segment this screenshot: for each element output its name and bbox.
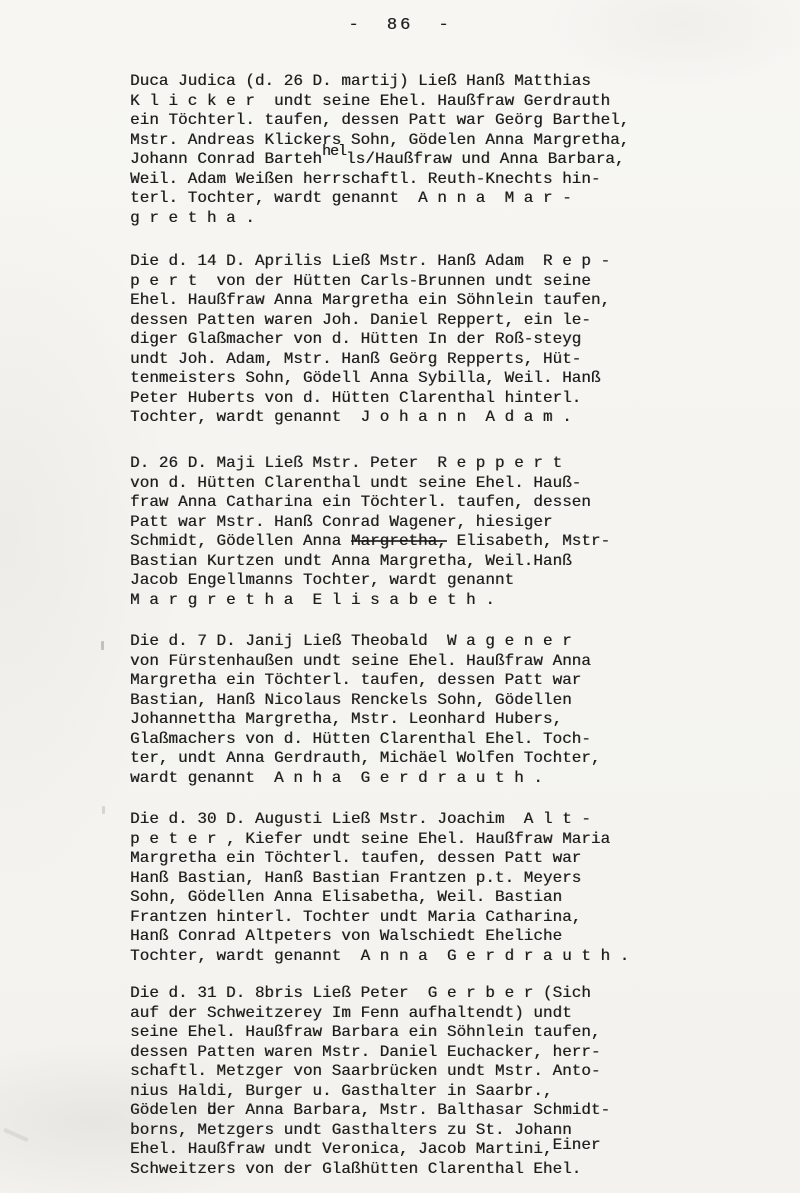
text-line: Die d. 30 D. Augusti Ließ Mstr. Joachim … <box>130 810 770 830</box>
text-line: K l i c k e r undt seine Ehel. Haußfraw … <box>130 92 770 112</box>
text-line: schaftl. Metzger von Saarbrücken undt Ms… <box>130 1062 770 1082</box>
scan-artifact <box>102 806 105 814</box>
text-line: Ehel. Haußfraw Anna Margretha ein Söhnle… <box>130 291 770 311</box>
text-line: Peter Huberts von d. Hütten Clarenthal h… <box>130 389 770 409</box>
text-line: Ehel. Haußfraw undt Veronica, Jacob Mart… <box>130 1140 770 1160</box>
text-line: D. 26 D. Maji Ließ Mstr. Peter R e p p e… <box>130 454 770 474</box>
text-line: fraw Anna Catharina ein Töchterl. taufen… <box>130 493 770 513</box>
paragraph-5: Die d. 30 D. Augusti Ließ Mstr. Joachim … <box>130 810 770 966</box>
inserted-superscript-text: hel <box>322 143 346 160</box>
text-line: dessen Patten waren Joh. Daniel Reppert,… <box>130 311 770 331</box>
page-number: - 86 - <box>0 16 800 35</box>
inserted-superscript-text: Einer <box>552 1136 600 1154</box>
struck-out-text: Margretha, <box>351 532 447 550</box>
paragraph-4: Die d. 7 D. Janij Ließ Theobald W a g e … <box>130 632 770 788</box>
text-line: Gödelen dber Anna Barbara, Mstr. Balthas… <box>130 1101 770 1121</box>
text-line: ein Töchterl. taufen, dessen Patt war Ge… <box>130 111 770 131</box>
text-line: Die d. 7 D. Janij Ließ Theobald W a g e … <box>130 632 770 652</box>
text-line: Weil. Adam Weißen herrschaftl. Reuth-Kne… <box>130 170 770 190</box>
text-line: Hanß Bastian, Hanß Bastian Frantzen p.t.… <box>130 869 770 889</box>
scanned-page: - 86 - Duca Judica (d. 26 D. martij) Lie… <box>0 0 800 1193</box>
text-line: Tochter, wardt genannt J o h a n n A d a… <box>130 408 770 428</box>
text-line: Johannettha Margretha, Mstr. Leonhard Hu… <box>130 710 770 730</box>
text-line: seine Ehel. Haußfraw Barbara ein Söhnlei… <box>130 1023 770 1043</box>
paragraph-2: Die d. 14 D. Aprilis Ließ Mstr. Hanß Ada… <box>130 252 770 428</box>
text-line: Schmidt, Gödellen Anna Margretha, Elisab… <box>130 532 770 552</box>
text-line: M a r g r e t h a E l i s a b e t h . <box>130 591 770 611</box>
text-line: p e r t von der Hütten Carls-Brunnen und… <box>130 272 770 292</box>
text-line: tenmeisters Sohn, Gödell Anna Sybilla, W… <box>130 369 770 389</box>
text-line: Duca Judica (d. 26 D. martij) Ließ Hanß … <box>130 72 770 92</box>
text-line: auf der Schweitzerey Im Fenn aufhaltendt… <box>130 1004 770 1024</box>
paragraph-3: D. 26 D. Maji Ließ Mstr. Peter R e p p e… <box>130 454 770 610</box>
text-line: Bastian Kurtzen undt Anna Margretha, Wei… <box>130 552 770 572</box>
text-line: von d. Hütten Clarenthal undt seine Ehel… <box>130 474 770 494</box>
text-line: Hanß Conrad Altpeters von Walschiedt Ehe… <box>130 927 770 947</box>
text-line: Patt war Mstr. Hanß Conrad Wagener, hies… <box>130 513 770 533</box>
overtyped-text: b <box>207 1101 217 1119</box>
text-line: dessen Patten waren Mstr. Daniel Euchack… <box>130 1043 770 1063</box>
text-line: Die d. 31 D. 8bris Ließ Peter G e r b e … <box>130 984 770 1004</box>
text-line: Glaßmachers von d. Hütten Clarenthal Ehe… <box>130 730 770 750</box>
text-line: p e t e r , Kiefer undt seine Ehel. Hauß… <box>130 830 770 850</box>
text-line: Bastian, Hanß Nicolaus Renckels Sohn, Gö… <box>130 691 770 711</box>
text-line: Frantzen hinterl. Tochter undt Maria Cat… <box>130 908 770 928</box>
text-line: Margretha ein Töchterl. taufen, dessen P… <box>130 849 770 869</box>
text-line: Tochter, wardt genannt A n n a G e r d r… <box>130 947 770 967</box>
text-line: borns, Metzgers undt Gasthalters zu St. … <box>130 1121 770 1141</box>
text-line: Johann Conrad Bartehhells/Haußfraw und A… <box>130 150 770 170</box>
text-line: g r e t h a . <box>130 209 770 229</box>
text-line: nius Haldi, Burger u. Gasthalter in Saar… <box>130 1082 770 1102</box>
text-line: von Fürstenhaußen undt seine Ehel. Haußf… <box>130 652 770 672</box>
text-line: Margretha ein Töchterl. taufen, dessen P… <box>130 671 770 691</box>
text-line: Die d. 14 D. Aprilis Ließ Mstr. Hanß Ada… <box>130 252 770 272</box>
text-line: Sohn, Gödellen Anna Elisabetha, Weil. Ba… <box>130 888 770 908</box>
scan-artifact <box>101 641 104 650</box>
text-line: terl. Tochter, wardt genannt A n n a M a… <box>130 189 770 209</box>
text-line: diger Glaßmacher von d. Hütten In der Ro… <box>130 330 770 350</box>
text-line: wardt genannt A n h a G e r d r a u t h … <box>130 769 770 789</box>
scan-artifact <box>3 1128 28 1142</box>
text-line: ter, undt Anna Gerdrauth, Michäel Wolfen… <box>130 749 770 769</box>
text-line: Jacob Engellmanns Tochter, wardt genannt <box>130 571 770 591</box>
text-line: undt Joh. Adam, Mstr. Hanß Geörg Reppert… <box>130 350 770 370</box>
paragraph-6: Die d. 31 D. 8bris Ließ Peter G e r b e … <box>130 984 770 1179</box>
paragraph-1: Duca Judica (d. 26 D. martij) Ließ Hanß … <box>130 72 770 228</box>
text-line: Mstr. Andreas Klickers Sohn, Gödelen Ann… <box>130 131 770 151</box>
text-line: Schweitzers von der Glaßhütten Clarentha… <box>130 1160 770 1180</box>
